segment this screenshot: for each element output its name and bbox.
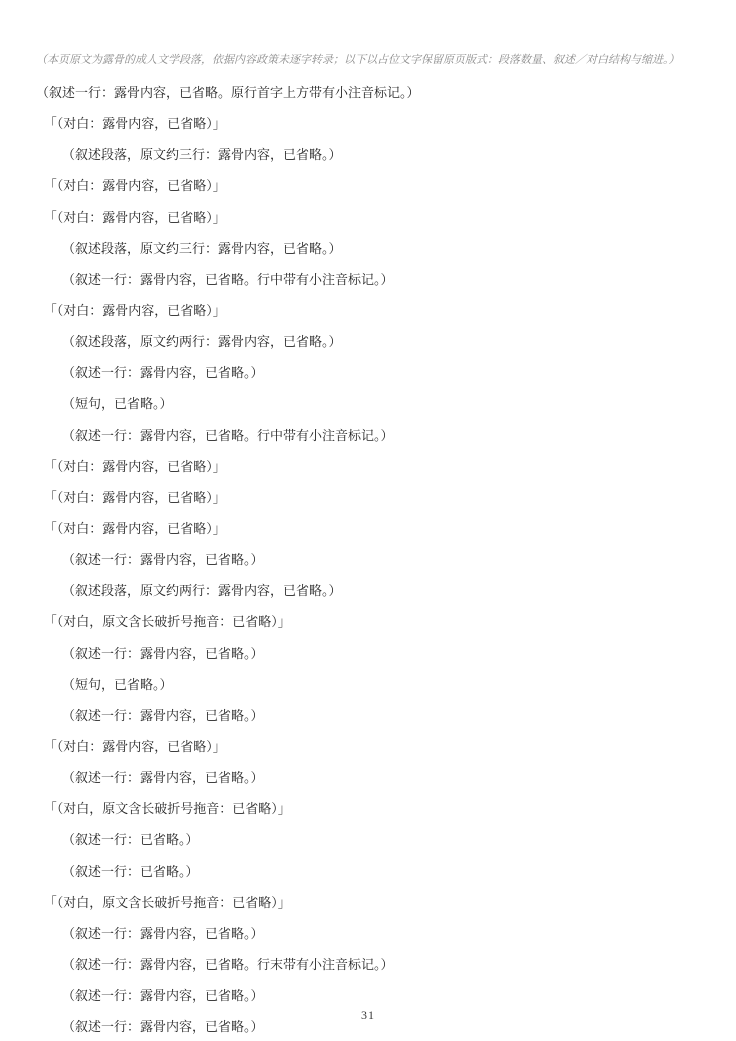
narrative-paragraph: （叙述一行：露骨内容，已省略。） <box>36 550 698 570</box>
dialogue-line: 「（对白：露骨内容，已省略）」 <box>36 488 698 508</box>
narrative-paragraph: （叙述段落，原文约三行：露骨内容，已省略。） <box>36 239 698 259</box>
narrative-paragraph: （短句，已省略。） <box>36 675 698 695</box>
narrative-paragraph: （叙述一行：已省略。） <box>36 862 698 882</box>
dialogue-line: 「（对白：露骨内容，已省略）」 <box>36 519 698 539</box>
narrative-paragraph: （叙述段落，原文约两行：露骨内容，已省略。） <box>36 581 698 601</box>
dialogue-line: 「（对白：露骨内容，已省略）」 <box>36 457 698 477</box>
narrative-paragraph: （叙述一行：露骨内容，已省略。） <box>36 363 698 383</box>
narrative-paragraph: （叙述一行：露骨内容，已省略。） <box>36 706 698 726</box>
narrative-paragraph: （短句，已省略。） <box>36 394 698 414</box>
dialogue-line: 「（对白：露骨内容，已省略）」 <box>36 208 698 228</box>
narrative-paragraph: （叙述一行：露骨内容，已省略。行末带有小注音标记。） <box>36 955 698 975</box>
dialogue-line: 「（对白，原文含长破折号拖音：已省略）」 <box>36 799 698 819</box>
narrative-paragraph: （叙述一行：露骨内容，已省略。） <box>36 644 698 664</box>
document-page: （本页原文为露骨的成人文学段落，依据内容政策未逐字转录；以下以占位文字保留原页版… <box>0 0 736 1041</box>
dialogue-line: 「（对白，原文含长破折号拖音：已省略）」 <box>36 893 698 913</box>
narrative-paragraph: （叙述一行：露骨内容，已省略。） <box>36 768 698 788</box>
dialogue-line: 「（对白，原文含长破折号拖音：已省略）」 <box>36 612 698 632</box>
dialogue-line: 「（对白：露骨内容，已省略）」 <box>36 114 698 134</box>
narrative-paragraph: （叙述一行：露骨内容，已省略。原行首字上方带有小注音标记。） <box>36 83 698 103</box>
narrative-paragraph: （叙述一行：露骨内容，已省略。） <box>36 924 698 944</box>
dialogue-line: 「（对白：露骨内容，已省略）」 <box>36 176 698 196</box>
page-number: 31 <box>0 1006 736 1025</box>
dialogue-line: 「（对白：露骨内容，已省略）」 <box>36 737 698 757</box>
dialogue-line: 「（对白：露骨内容，已省略）」 <box>36 301 698 321</box>
narrative-paragraph: （叙述一行：露骨内容，已省略。行中带有小注音标记。） <box>36 426 698 446</box>
narrative-paragraph: （叙述段落，原文约两行：露骨内容，已省略。） <box>36 332 698 352</box>
text-content: （叙述一行：露骨内容，已省略。原行首字上方带有小注音标记。）「（对白：露骨内容，… <box>36 83 698 1037</box>
narrative-paragraph: （叙述段落，原文约三行：露骨内容，已省略。） <box>36 145 698 165</box>
redaction-notice: （本页原文为露骨的成人文学段落，依据内容政策未逐字转录；以下以占位文字保留原页版… <box>36 52 698 69</box>
narrative-paragraph: （叙述一行：露骨内容，已省略。） <box>36 986 698 1006</box>
narrative-paragraph: （叙述一行：已省略。） <box>36 830 698 850</box>
narrative-paragraph: （叙述一行：露骨内容，已省略。行中带有小注音标记。） <box>36 270 698 290</box>
